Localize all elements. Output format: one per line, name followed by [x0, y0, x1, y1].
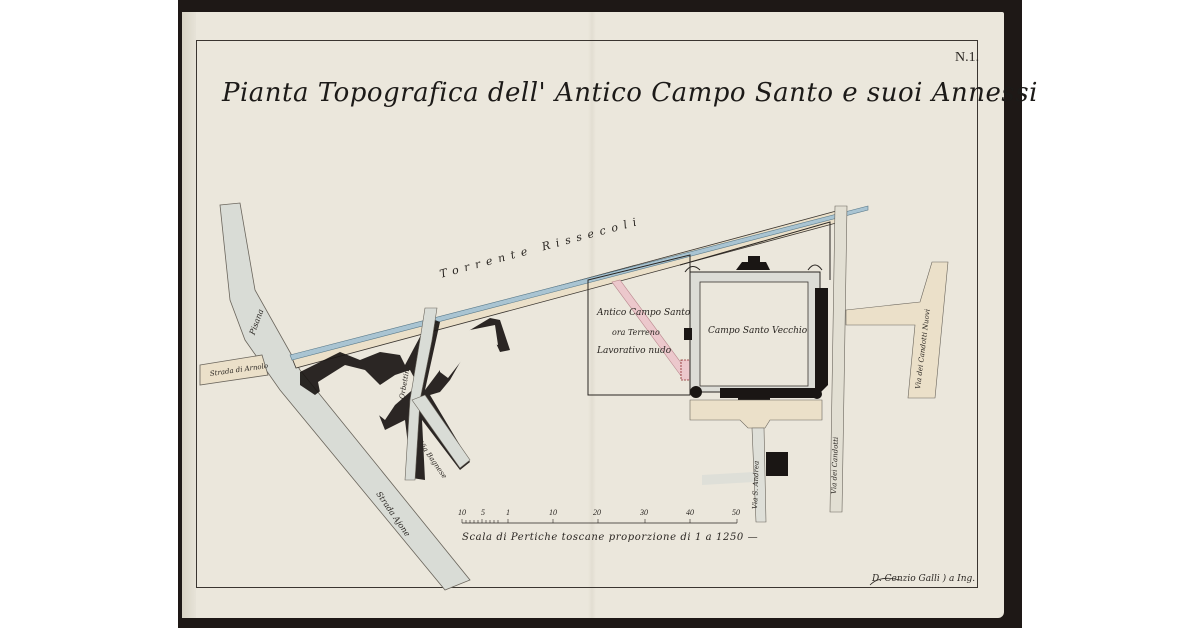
scale-tick: 10 — [549, 508, 557, 517]
label-ora-terreno: ora Terreno — [612, 328, 660, 337]
signature: D. Cenzio Galli ) a Ing. — [872, 574, 975, 584]
label-campo-santo-vecchio: Campo Santo Vecchio — [708, 326, 807, 336]
wall-east — [815, 288, 828, 398]
piazza — [690, 400, 822, 428]
label-via-sant-andrea: Via S. Andrea — [751, 461, 761, 510]
label-lavorativo-nudo: Lavorativo nudo — [597, 346, 671, 356]
scale-tick: 40 — [686, 508, 694, 517]
label-antico-campo-santo: Antico Campo Santo — [597, 308, 690, 318]
chapel-north — [736, 256, 770, 270]
road-via-candotti-nuovi — [846, 262, 948, 398]
scale-caption: Scala di Pertiche toscane proporzione di… — [462, 532, 758, 543]
scale-tick: 1 — [506, 508, 510, 517]
scale-tick: 5 — [481, 508, 485, 517]
scale-tick: 50 — [732, 508, 740, 517]
scale-tick: 10 — [458, 508, 466, 517]
scale-tick: 20 — [593, 508, 601, 517]
building-black — [766, 452, 788, 476]
road-strada-pisana — [220, 203, 470, 590]
scale-tick: 30 — [640, 508, 648, 517]
